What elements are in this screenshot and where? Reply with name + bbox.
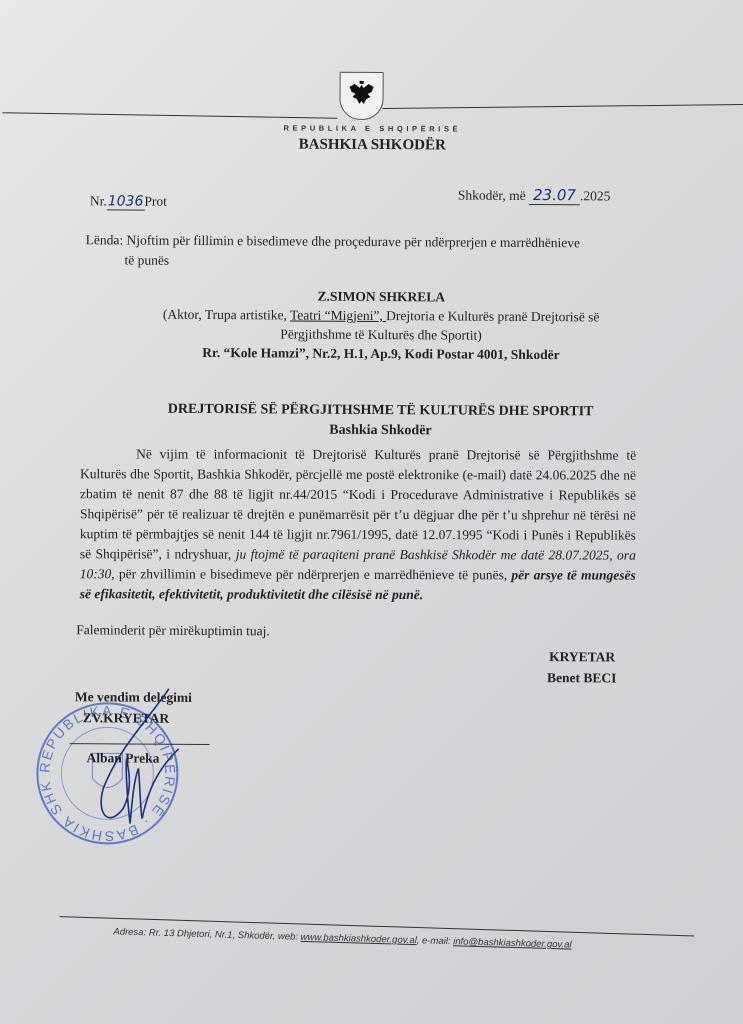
header-rule bbox=[382, 104, 743, 109]
signer-title: KRYETAR bbox=[547, 646, 617, 667]
handwritten-date: 23.07 bbox=[529, 186, 580, 205]
letter-page: REPUBLIKA E SHQIPËRISË BASHKIA SHKODËR N… bbox=[0, 0, 743, 1024]
header-rule bbox=[2, 112, 337, 119]
municipality-heading: BASHKIA SHKODËR bbox=[252, 136, 492, 154]
albanian-eagle-emblem-icon bbox=[339, 72, 383, 120]
department-heading: DREJTORISË SË PËRGJITHSHME TË KULTURËS D… bbox=[70, 399, 690, 443]
subject-line: Lënda: Njoftim për fillimin e bisedimeve… bbox=[85, 230, 685, 274]
recipient-role: (Aktor, Trupa artistike, Teatri “Migjeni… bbox=[101, 304, 661, 326]
republic-heading: REPUBLIKA E SHQIPËRISË bbox=[262, 123, 482, 133]
delegation-block: Me vendim delegimi ZV.KRYETAR bbox=[75, 686, 192, 729]
recipient-address: Rr. “Kole Hamzi”, Nr.2, H.1, Ap.9, Kodi … bbox=[101, 342, 661, 364]
signer-block: KRYETAR Benet BECI bbox=[547, 646, 617, 688]
footer-contact: Adresa: Rr. 13 Dhjetori, Nr.1, Shkodër, … bbox=[113, 926, 713, 954]
closing-thanks: Faleminderit për mirëkuptimin tuaj. bbox=[76, 622, 270, 639]
website-link[interactable]: www.bashkiashkoder.gov.al bbox=[300, 932, 416, 946]
email-link[interactable]: info@bashkiashkoder.gov.al bbox=[453, 936, 572, 950]
delegate-name: Alban Preka bbox=[86, 750, 159, 766]
signature-line bbox=[70, 743, 210, 745]
letter-date: Shkodër, më 23.07.2025 bbox=[458, 186, 611, 206]
handwritten-protocol-number: 1036 bbox=[107, 193, 145, 210]
recipient-block: Z.SIMON SHKRELA (Aktor, Trupa artistike,… bbox=[101, 285, 661, 364]
letter-body: Në vijim të informacionit të Drejtorisë … bbox=[80, 444, 636, 605]
signer-name: Benet BECI bbox=[547, 667, 617, 688]
protocol-number: Nr.1036Prot bbox=[90, 193, 167, 210]
